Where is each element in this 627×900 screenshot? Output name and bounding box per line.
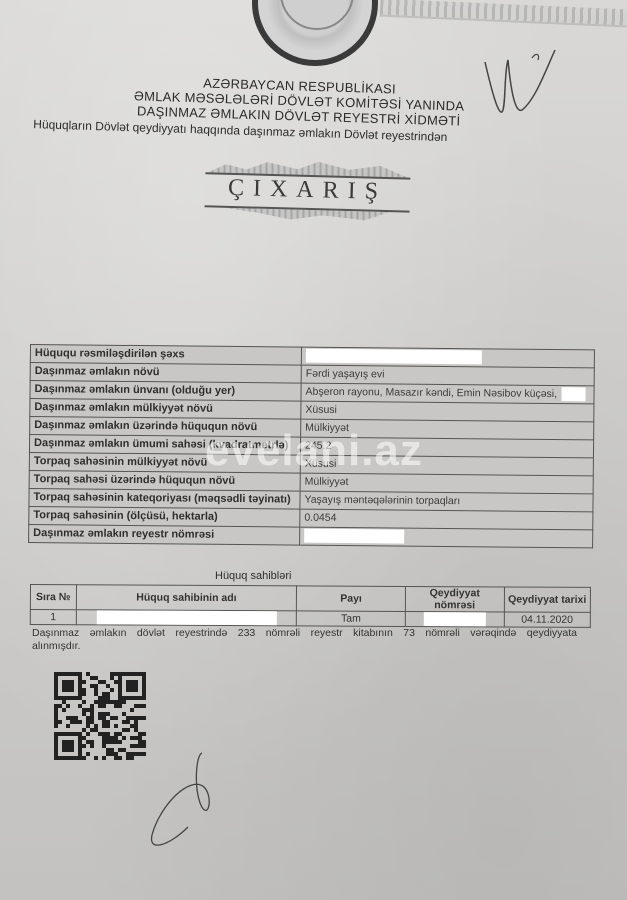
owner-share: Tam <box>297 611 406 627</box>
redaction <box>306 349 482 365</box>
field-value: Mülkiyyət <box>301 419 594 440</box>
owners-table: Sıra № Hüquq sahibinin adı Payı Qeydiyya… <box>30 584 591 628</box>
field-label: Daşınmaz əmlakın üzərində hüququn növü <box>30 417 301 438</box>
field-value-text: Mülkiyyət <box>305 422 349 434</box>
redaction <box>424 612 486 626</box>
field-value-text: Mülkiyyət <box>305 476 349 488</box>
field-value <box>301 347 594 368</box>
redaction <box>96 610 276 625</box>
registration-note: Daşınmaz əmlakın dövlət reyestrində 233 … <box>32 626 577 640</box>
field-value-text: Abşeron rayonu, Masazır kəndi, Emin Nəsi… <box>305 386 557 400</box>
field-label: Daşınmaz əmlakın ünvanı (olduğu yer) <box>30 381 301 402</box>
qr-code-icon <box>54 672 146 760</box>
redaction <box>561 387 585 401</box>
field-label: Torpaq sahəsi üzərində hüququn növü <box>29 470 300 491</box>
field-value <box>300 527 593 548</box>
field-value-text: Yaşayış məntəqələrinin torpaqları <box>304 494 460 507</box>
owner-name <box>76 610 297 626</box>
col-reg-date: Qeydiyyat tarixi <box>504 587 591 612</box>
owners-caption: Hüquq sahibləri <box>215 570 291 582</box>
document-title-block: ÇIXARIŞ <box>204 157 416 224</box>
field-value-text: 0.0454 <box>304 512 336 524</box>
field-value-text: 245.2 <box>305 440 331 452</box>
owner-reg-number <box>405 611 504 627</box>
field-label: Hüququ rəsmiləşdirilən şəxs <box>30 345 301 366</box>
redaction <box>304 529 404 544</box>
table-row: 1 Tam 04.11.2020 <box>30 610 590 628</box>
field-value-text: Xüsusi <box>305 404 337 416</box>
field-label: Daşınmaz əmlakın növü <box>30 363 301 384</box>
col-reg-number: Qeydiyyat nömrəsi <box>405 586 504 612</box>
field-label: Daşınmaz əmlakın reyestr nömrəsi <box>29 524 300 545</box>
field-label: Daşınmaz əmlakın ümumi sahəsi (kvadratme… <box>29 435 300 456</box>
field-label: Torpaq sahəsinin (ölçüsü, hektarla) <box>29 506 300 527</box>
field-value-text: Xüsusi <box>305 458 337 470</box>
field-label: Torpaq sahəsinin mülkiyyət növü <box>29 452 300 473</box>
document-title: ÇIXARIŞ <box>205 174 411 206</box>
field-label: Daşınmaz əmlakın mülkiyyət növü <box>30 399 301 420</box>
field-value: Abşeron rayonu, Masazır kəndi, Emin Nəsi… <box>301 383 594 404</box>
col-owner-name: Hüquq sahibinin adı <box>76 585 297 611</box>
field-value-text: Fərdi yaşayış evi <box>306 368 385 381</box>
registration-note-end: alınmışdır. <box>32 640 80 652</box>
signature-bottom-icon <box>140 745 220 855</box>
col-share: Payı <box>297 586 406 612</box>
col-index: Sıra № <box>30 585 76 610</box>
field-value: Fərdi yaşayış evi <box>301 365 594 386</box>
owner-index: 1 <box>30 610 76 625</box>
field-label: Torpaq sahəsinin kateqoriyası (məqsədli … <box>29 488 300 509</box>
field-value: Mülkiyyət <box>300 473 593 494</box>
field-value: Yaşayış məntəqələrinin torpaqları <box>300 491 593 512</box>
property-info-table: Hüququ rəsmiləşdirilən şəxsDaşınmaz əmla… <box>28 344 595 548</box>
